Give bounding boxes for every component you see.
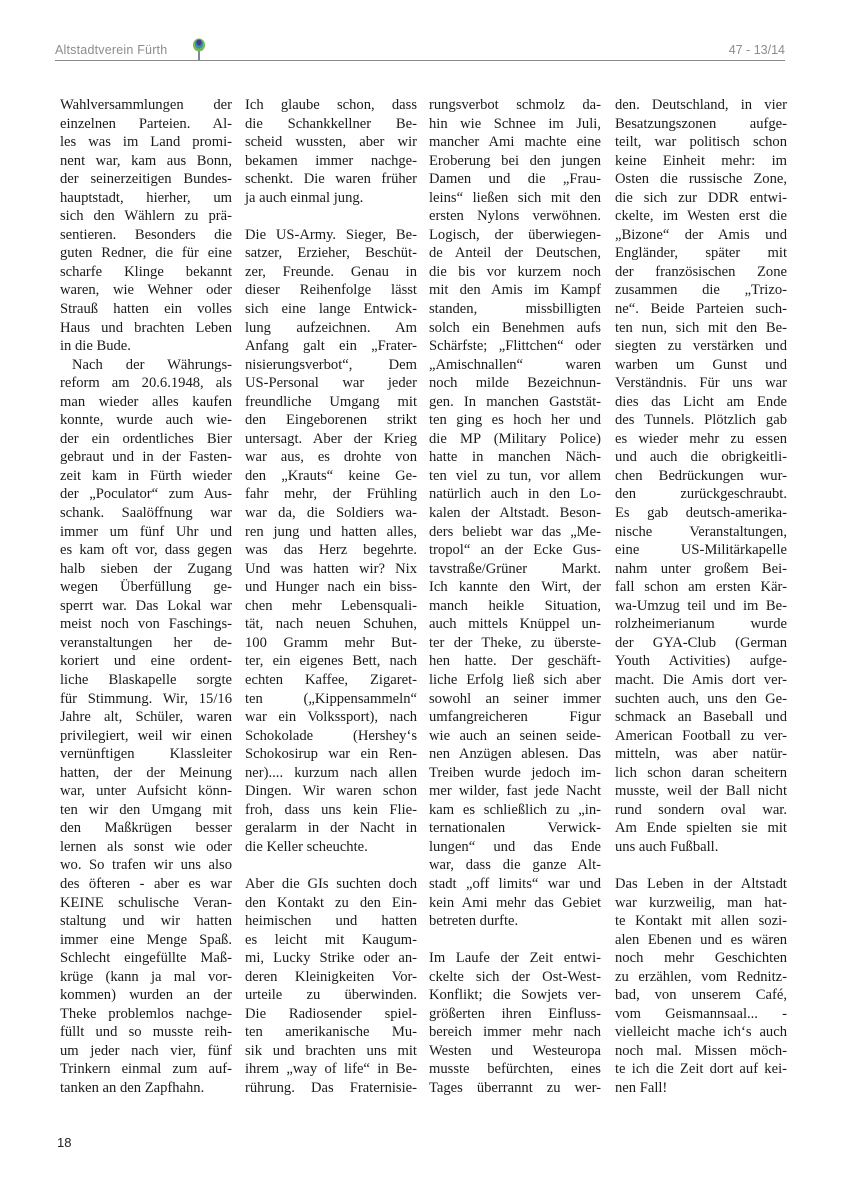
text-column-2: Ich glaube schon, dassdie Schankkellner … (245, 96, 417, 1098)
text-line: fahr mehr, der Frühling (245, 485, 417, 504)
text-line: war kurzweilig, man hat- (615, 894, 787, 913)
text-line: es kam oft vor, dass gegen (60, 541, 232, 560)
text-line: nisierungsverbot“, Dem (245, 356, 417, 375)
text-line: Osten die russische Zone, (615, 170, 787, 189)
text-line: Schärfste; „Flittchen“ oder (429, 337, 601, 356)
text-column-1: Wahlversammlungen dereinzelnen Parteien.… (60, 96, 232, 1098)
text-line: des Tunnels. Plötzlich gab (615, 411, 787, 430)
page-number: 18 (57, 1135, 71, 1150)
text-line: nen Fall! (615, 1079, 787, 1098)
text-line: der GYA-Club (German (615, 634, 787, 653)
text-line: ter, ein eigenes Bett, nach (245, 652, 417, 671)
text-line: Im Laufe der Zeit entwi- (429, 949, 601, 968)
text-line: kommen) wurden an der (60, 986, 232, 1005)
text-line: zusammen die „Trizo- (615, 281, 787, 300)
text-line: „Amischnallen“ waren (429, 356, 601, 375)
text-line: teilt, war politisch schon (615, 133, 787, 152)
text-line: suchten auch, uns den Ge- (615, 690, 787, 709)
text-line: waren, wie Wehner oder (60, 281, 232, 300)
text-line: manch heikle Situation, (429, 597, 601, 616)
paragraph: den. Deutschland, in vierBesatzungszonen… (615, 96, 787, 856)
text-line: halb sieben der Zugang (60, 560, 232, 579)
text-line: die Keller scheuchte. (245, 838, 417, 857)
text-line: hin wie Schnee im Juli, (429, 115, 601, 134)
text-line: immer um fünf Uhr und (60, 523, 232, 542)
text-line: te ich die Zeit dort auf kei- (615, 1060, 787, 1079)
text-line: wo. So trafen wir uns also (60, 856, 232, 875)
text-line: sperrt war. Das Lokal war (60, 597, 232, 616)
text-line: urteile zu überwinden. (245, 986, 417, 1005)
text-line: Schokolade (Hershey‘s (245, 727, 417, 746)
paragraph: Ich glaube schon, dassdie Schankkellner … (245, 96, 417, 207)
text-line: solch ein Benehmen aufs (429, 319, 601, 338)
text-line: bekamen immer nachge- (245, 152, 417, 171)
text-line: deren Kleinigkeiten Vor- (245, 968, 417, 987)
text-line: nahm unter großem Bei- (615, 560, 787, 579)
text-line: noch milde Bezeichnun- (429, 374, 601, 393)
text-line: uns auch Fußball. (615, 838, 787, 857)
text-line: ten wir den Umgang mit (60, 801, 232, 820)
text-line: vom Geismannsaal... - (615, 1005, 787, 1024)
text-line: US-Personal war jeder (245, 374, 417, 393)
text-line: Youth Activities) aufge- (615, 652, 787, 671)
text-line: ten viel zu tun, vor allem (429, 467, 601, 486)
text-line: in die Bude. (60, 337, 232, 356)
text-line: lich schon daran scheitern (615, 764, 787, 783)
text-line: die MP (Military Police) (429, 430, 601, 449)
text-line: vielleicht mache ich‘s auch (615, 1023, 787, 1042)
text-line: scharfe Klinge bekannt (60, 263, 232, 282)
text-line: rolzheimerianum wurde (615, 615, 787, 634)
text-line: reform am 20.6.1948, als (60, 374, 232, 393)
text-line: bereich immer mehr nach (429, 1023, 601, 1042)
paragraph: Aber die GIs suchten dochden Kontakt zu … (245, 875, 417, 1098)
text-line: und auch die obrigkeitli- (615, 448, 787, 467)
text-line: Ich kannte den Wirt, der (429, 578, 601, 597)
text-line: ja auch einmal jung. (245, 189, 417, 208)
text-line: Die Radiosender spiel- (245, 1005, 417, 1024)
text-line: ckelte sich der Ost-West- (429, 968, 601, 987)
text-line: liche Erfolg ließ sich aber (429, 671, 601, 690)
text-line: der seinerzeitigen Bundes- (60, 170, 232, 189)
text-line: kein Ami mehr das Gebiet (429, 894, 601, 913)
text-line: staltung und wir hatten (60, 912, 232, 931)
text-line: geralarm in der Nacht in (245, 819, 417, 838)
text-line: te Kontakt mit allen sozi- (615, 912, 787, 931)
text-line: tät, nach neuen Schuhen, (245, 615, 417, 634)
text-line: kam es schließlich zu „in- (429, 801, 601, 820)
text-line: der ein ordentliches Bier (60, 430, 232, 449)
text-line: war, dass die ganze Alt- (429, 856, 601, 875)
text-line: den Maßkrügen besser (60, 819, 232, 838)
text-line: liche Blaskapelle sorgte (60, 671, 232, 690)
text-line: Theke problemlos nachge- (60, 1005, 232, 1024)
text-line: tavstraße/Grüner Markt. (429, 560, 601, 579)
text-line: heimischen und hatten (245, 912, 417, 931)
text-line: de Anteil der Deutschen, (429, 244, 601, 263)
text-line: Anfang galt ein „Frater- (245, 337, 417, 356)
text-line: ten nun, sich mit den Be- (615, 319, 787, 338)
text-line: Westen und Westeuropa (429, 1042, 601, 1061)
text-line: meist noch von Faschings- (60, 615, 232, 634)
text-line: Tages überrannt zu wer- (429, 1079, 601, 1098)
text-line: noch mal. Missen möch- (615, 1042, 787, 1061)
text-line: gen. In manchen Gaststät- (429, 393, 601, 412)
text-line: nen Anzügen ablesen. Das (429, 745, 601, 764)
text-line: Konflikt; die Sowjets ver- (429, 986, 601, 1005)
text-line: betreten durfte. (429, 912, 601, 931)
text-line: es wieder mehr zu essen (615, 430, 787, 449)
text-line: Haus und brachten Leben (60, 319, 232, 338)
text-line: um jeder nach vier, fünf (60, 1042, 232, 1061)
text-line: ne“. Beide Parteien such- (615, 300, 787, 319)
text-line: Nach der Währungs- (60, 356, 232, 375)
text-line: die Schankkellner Be- (245, 115, 417, 134)
text-line: schenkt. Die waren früher (245, 170, 417, 189)
text-column-4: den. Deutschland, in vierBesatzungszonen… (615, 96, 787, 1098)
text-line: Engländer, später mit (615, 244, 787, 263)
text-line: hatten, der der Meinung (60, 764, 232, 783)
text-line: ternationalen Verwick- (429, 819, 601, 838)
text-line: war ein Volkssport), nach (245, 708, 417, 727)
text-line: wa-Umzug teil und im Be- (615, 597, 787, 616)
text-line: ten amerikanische Mu- (245, 1023, 417, 1042)
tree-logo-icon (192, 38, 206, 60)
text-line: größerten ihren Einfluss- (429, 1005, 601, 1024)
text-line: des öfteren - aber es war (60, 875, 232, 894)
text-line: froh, dass uns kein Flie- (245, 801, 417, 820)
text-line: stadt „off limits“ war und (429, 875, 601, 894)
text-line: ter der Theke, zu überste- (429, 634, 601, 653)
paragraph: rungsverbot schmolz da-hin wie Schnee im… (429, 96, 601, 931)
text-line: einzelnen Parteien. Al- (60, 115, 232, 134)
paragraph-gap (615, 856, 787, 875)
text-line: hauptstadt, hierher, um (60, 189, 232, 208)
text-line: ten („Kippensammeln“ (245, 690, 417, 709)
text-line: mancher Ami machte eine (429, 133, 601, 152)
text-line: ders beliebt war das „Me- (429, 523, 601, 542)
text-line: Eroberung bei den jungen (429, 152, 601, 171)
paragraph: Im Laufe der Zeit entwi-ckelte sich der … (429, 949, 601, 1097)
text-line: rührung. Das Fraternisie- (245, 1079, 417, 1098)
text-line: gebraut und in der Fasten- (60, 448, 232, 467)
text-line: „Bizone“ der Amis und (615, 226, 787, 245)
text-line: den Kontakt zu den Ein- (245, 894, 417, 913)
text-line: eine US-Militärkapelle (615, 541, 787, 560)
text-line: war aus, es drohte von (245, 448, 417, 467)
text-line: Und was hatten wir? Nix (245, 560, 417, 579)
text-line: ren jung und hatten alles, (245, 523, 417, 542)
text-line: Es gab deutsch-amerika- (615, 504, 787, 523)
paragraph: Das Leben in der Altstadtwar kurzweilig,… (615, 875, 787, 1098)
text-line: lernen als sonst wie oder (60, 838, 232, 857)
text-line: noch mehr Geschichten (615, 949, 787, 968)
text-line: rungsverbot schmolz da- (429, 96, 601, 115)
text-line: tanken an den Zapfhahn. (60, 1079, 232, 1098)
paragraph: Wahlversammlungen dereinzelnen Parteien.… (60, 96, 232, 356)
text-line: leins“ ließen sich mit den (429, 189, 601, 208)
text-line: KEINE schulische Veran- (60, 894, 232, 913)
text-line: keine Einheit mehr: im (615, 152, 787, 171)
text-line: Am Ende spielten sie mit (615, 819, 787, 838)
text-line: 100 Gramm mehr But- (245, 634, 417, 653)
text-line: sentieren. Besonders die (60, 226, 232, 245)
text-line: mit den Amis im Kampf (429, 281, 601, 300)
text-line: Wahlversammlungen der (60, 96, 232, 115)
text-line: krüge (kann ja mal vor- (60, 968, 232, 987)
text-line: nent war, kam aus Bonn, (60, 152, 232, 171)
text-line: echten Kaffee, Zigaret- (245, 671, 417, 690)
text-line: ckelte, im Westen erst die (615, 207, 787, 226)
text-line: der französischen Zone (615, 263, 787, 282)
text-line: den zurückgeschraubt. (615, 485, 787, 504)
text-line: dieser Reihenfolge lässt (245, 281, 417, 300)
text-line: schank. Saalöffnung war (60, 504, 232, 523)
text-line: Schokosirup war ein Ren- (245, 745, 417, 764)
text-line: hatte in manchen Näch- (429, 448, 601, 467)
text-line: die bis vor kurzem noch (429, 263, 601, 282)
text-line: scheid wussten, aber wir (245, 133, 417, 152)
text-line: koriert und eine ordent- (60, 652, 232, 671)
text-line: umfangreicheren Figur (429, 708, 601, 727)
text-line: rund sondern oval war. (615, 801, 787, 820)
text-line: Schlecht eingefüllte Maß- (60, 949, 232, 968)
text-line: Treiben wurde jedoch im- (429, 764, 601, 783)
text-line: warben um Gunst und (615, 356, 787, 375)
text-line: auch mittels Knüppel un- (429, 615, 601, 634)
text-line: sich den Wählern zu prä- (60, 207, 232, 226)
text-line: chen Bedrückungen wur- (615, 467, 787, 486)
text-line: den Eingeborenen strikt (245, 411, 417, 430)
text-line: chen mehr Lebensquali- (245, 597, 417, 616)
text-line: guten Redner, die für eine (60, 244, 232, 263)
text-line: Trinkern einmal zum auf- (60, 1060, 232, 1079)
text-line: Besatzungszonen aufge- (615, 115, 787, 134)
text-line: fall schon am ersten Kär- (615, 578, 787, 597)
text-line: macht. Die Amis dort ver- (615, 671, 787, 690)
text-line: konnte, wurde auch wie- (60, 411, 232, 430)
text-line: zeit kam in Fürth wieder (60, 467, 232, 486)
issue-number: 47 - 13/14 (729, 43, 785, 57)
text-line: Ich glaube schon, dass (245, 96, 417, 115)
text-line: Verständnis. Für uns war (615, 374, 787, 393)
text-line: Strauß hatten ein volles (60, 300, 232, 319)
text-line: les was im Land promi- (60, 133, 232, 152)
text-line: ihrem „way of life“ in Be- (245, 1060, 417, 1079)
text-line: tropol“ an der Ecke Gus- (429, 541, 601, 560)
text-line: zer, Freunde. Genau in (245, 263, 417, 282)
text-line: ten ging es hoch her und (429, 411, 601, 430)
text-line: hen hatte. Der geschäft- (429, 652, 601, 671)
text-line: es leicht mit Kaugum- (245, 931, 417, 950)
text-line: den „Krauts“ keine Ge- (245, 467, 417, 486)
text-line: mer wilder, fast jede Nacht (429, 782, 601, 801)
organization-name: Altstadtverein Fürth (55, 43, 167, 57)
text-line: vernünftigen Klassleiter (60, 745, 232, 764)
text-line: mitteln, was aber natür- (615, 745, 787, 764)
text-line: Dingen. Wir waren schon (245, 782, 417, 801)
text-line: untersagt. Aber der Krieg (245, 430, 417, 449)
text-line: siegten zu verstärken und (615, 337, 787, 356)
text-line: natürlich auch in den Lo- (429, 485, 601, 504)
text-line: dies das Licht am Ende (615, 393, 787, 412)
text-line: satzer, Erzieher, Beschüt- (245, 244, 417, 263)
text-line: freundliche Umgang mit (245, 393, 417, 412)
text-line: wie auch an seinen seide- (429, 727, 601, 746)
text-line: was das Herz begehrte. (245, 541, 417, 560)
text-line: lung aufzeichnen. Am (245, 319, 417, 338)
text-line: Aber die GIs suchten doch (245, 875, 417, 894)
text-line: Die US-Army. Sieger, Be- (245, 226, 417, 245)
text-line: musste befürchten, eines (429, 1060, 601, 1079)
text-line: war da, die Soldiers wa- (245, 504, 417, 523)
text-line: Logisch, der überwiegen- (429, 226, 601, 245)
text-line: nische Veranstaltungen, (615, 523, 787, 542)
text-line: Das Leben in der Altstadt (615, 875, 787, 894)
text-line: sich eine lange Entwick- (245, 300, 417, 319)
text-line: man wieder alles kaufen (60, 393, 232, 412)
text-line: für Stimmung. Wir, 15/16 (60, 690, 232, 709)
text-line: American Football zu ver- (615, 727, 787, 746)
text-line: zu erzählen, vom Rednitz- (615, 968, 787, 987)
text-line: bad, von unserem Café, (615, 986, 787, 1005)
text-line: der „Poculator“ zum Aus- (60, 485, 232, 504)
text-line: musste, weil der Ball nicht (615, 782, 787, 801)
paragraph: Die US-Army. Sieger, Be-satzer, Erzieher… (245, 226, 417, 857)
text-line: immer eine Menge Spaß. (60, 931, 232, 950)
text-line: füllt und so musste reih- (60, 1023, 232, 1042)
paragraph-gap (429, 931, 601, 950)
text-line: die sich zur DDR entwi- (615, 189, 787, 208)
text-line: ner).... kurzum nach allen (245, 764, 417, 783)
text-line: privilegiert, weil wir einen (60, 727, 232, 746)
text-line: war, unter Aufsicht könn- (60, 782, 232, 801)
text-line: lungen“ und das Ende (429, 838, 601, 857)
text-line: sik und brachten uns mit (245, 1042, 417, 1061)
text-line: den. Deutschland, in vier (615, 96, 787, 115)
text-column-3: rungsverbot schmolz da-hin wie Schnee im… (429, 96, 601, 1098)
text-line: wegen Überfüllung ge- (60, 578, 232, 597)
text-line: standen, missbilligten (429, 300, 601, 319)
text-line: kalen der Altstadt. Beson- (429, 504, 601, 523)
paragraph-gap (245, 207, 417, 226)
running-header: Altstadtverein Fürth 47 - 13/14 (55, 38, 785, 61)
text-line: Damen und die „Frau- (429, 170, 601, 189)
text-line: mi, Lucky Strike oder an- (245, 949, 417, 968)
paragraph-gap (245, 856, 417, 875)
paragraph: Nach der Währungs-reform am 20.6.1948, a… (60, 356, 232, 1098)
text-line: ersten Nylons verwöhnen. (429, 207, 601, 226)
text-line: und Hunger nach ein biss- (245, 578, 417, 597)
text-line: sowohl an seiner immer (429, 690, 601, 709)
text-line: alen Ebenen und es wären (615, 931, 787, 950)
text-line: Jahre alt, Schüler, waren (60, 708, 232, 727)
text-line: veranstaltungen her de- (60, 634, 232, 653)
text-line: schmack an Baseball und (615, 708, 787, 727)
